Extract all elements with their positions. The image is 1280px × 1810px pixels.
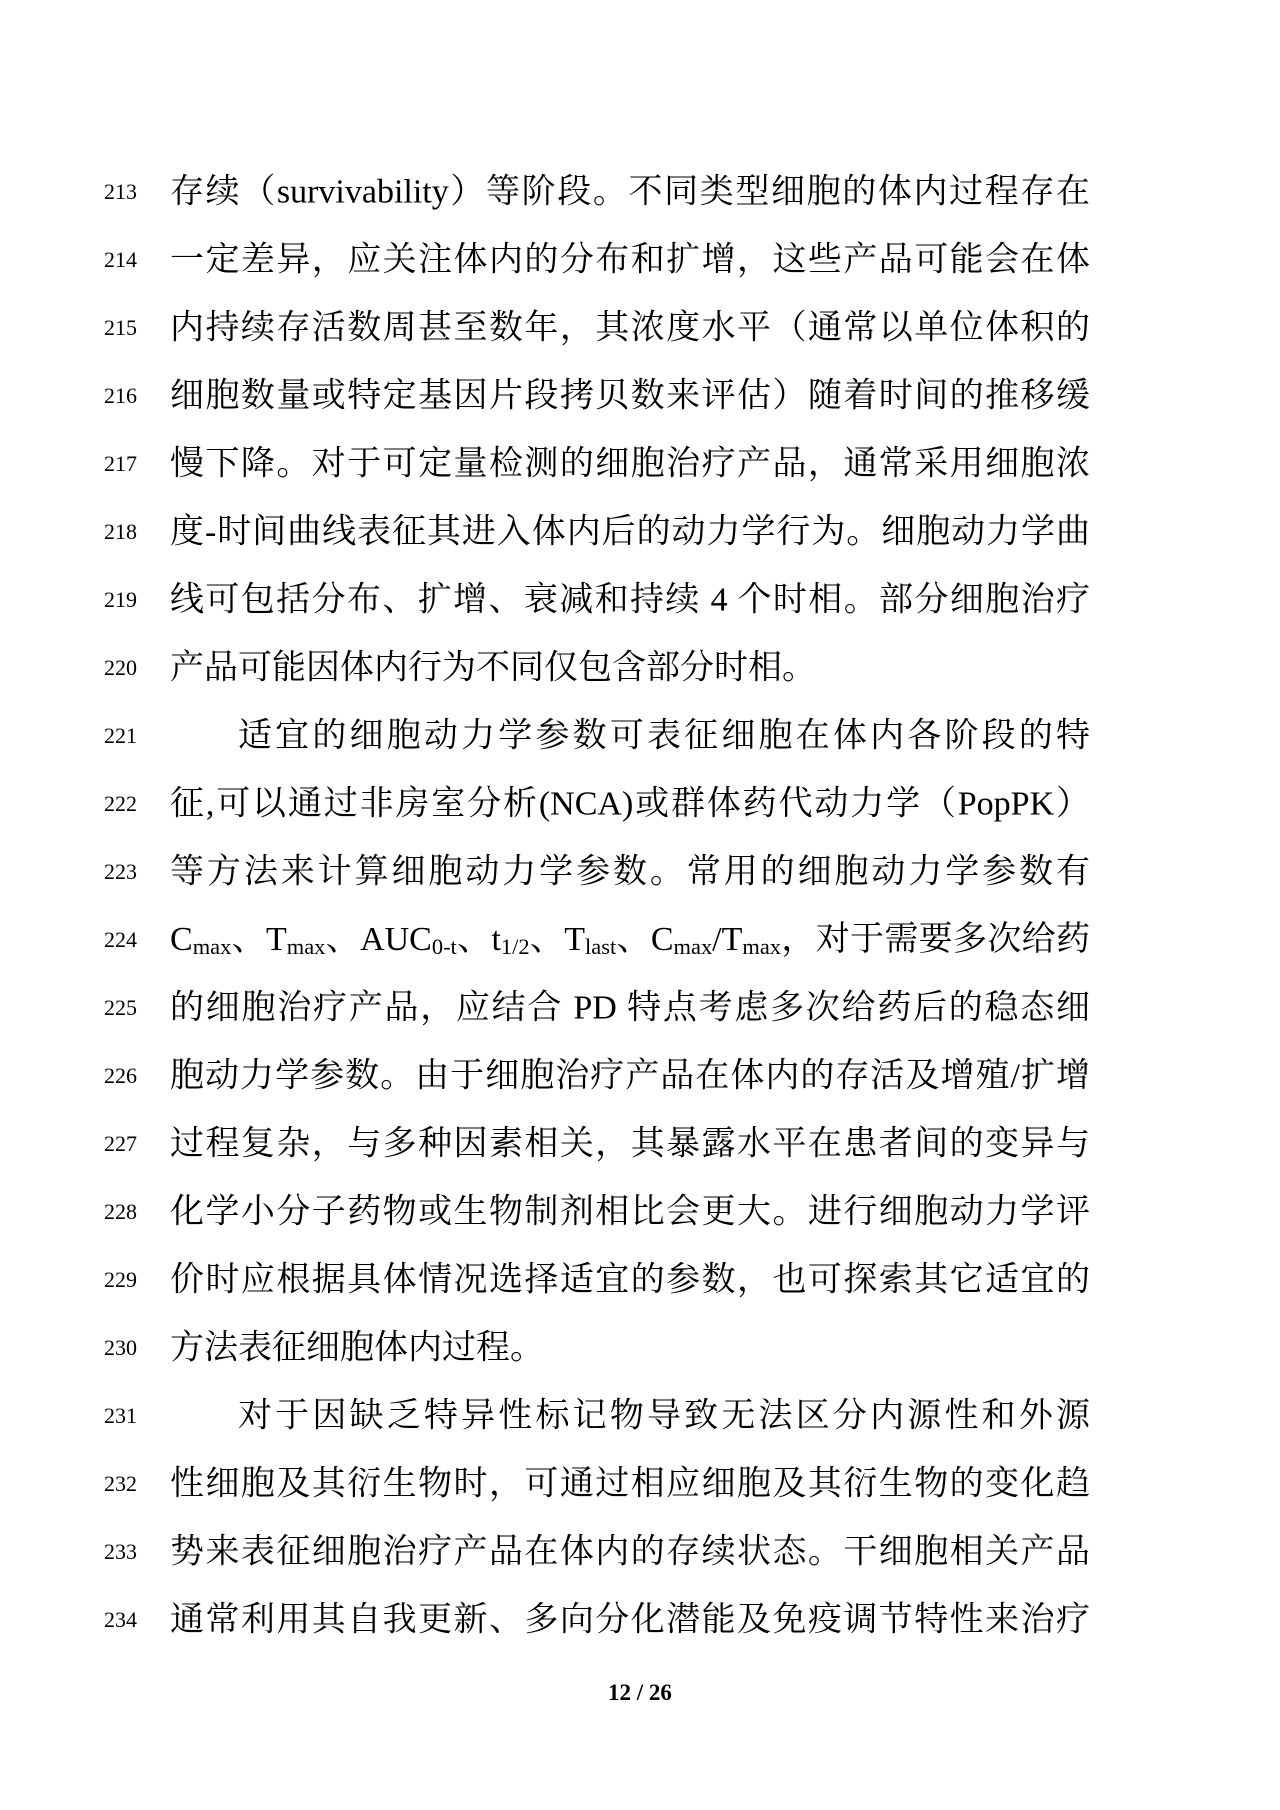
document-line: 230方法表征细胞体内过程。 — [0, 1314, 1280, 1382]
line-number: 213 — [104, 181, 137, 203]
subscript-text: max — [674, 934, 713, 959]
document-line: 228化学小分子药物或生物制剂相比会更大。进行细胞动力学评 — [0, 1178, 1280, 1246]
line-number: 215 — [104, 317, 137, 339]
subscript-text: 0-t — [432, 934, 457, 959]
line-text: 度-时间曲线表征其进入体内后的动力学行为。细胞动力学曲 — [170, 512, 1090, 551]
line-text: 价时应根据具体情况选择适宜的参数，也可探索其它适宜的 — [170, 1260, 1090, 1299]
document-line: 233势来表征细胞治疗产品在体内的存续状态。干细胞相关产品 — [0, 1518, 1280, 1586]
line-text: 过程复杂，与多种因素相关，其暴露水平在患者间的变异与 — [170, 1124, 1090, 1163]
line-number: 227 — [104, 1133, 137, 1155]
subscript-text: max — [193, 934, 232, 959]
document-line: 223等方法来计算细胞动力学参数。常用的细胞动力学参数有 — [0, 838, 1280, 906]
document-line: 227过程复杂，与多种因素相关，其暴露水平在患者间的变异与 — [0, 1110, 1280, 1178]
line-number: 224 — [104, 929, 137, 951]
line-text: 等方法来计算细胞动力学参数。常用的细胞动力学参数有 — [170, 852, 1090, 891]
subscript-text: max — [287, 934, 326, 959]
page-number: 12 / 26 — [0, 1680, 1280, 1706]
subscript-text: last — [585, 934, 616, 959]
line-text: 的细胞治疗产品，应结合 PD 特点考虑多次给药后的稳态细 — [170, 988, 1090, 1027]
line-number: 217 — [104, 453, 137, 475]
line-number: 221 — [104, 725, 137, 747]
text-segment: C — [170, 921, 193, 958]
document-line: 214一定差异，应关注体内的分布和扩增，这些产品可能会在体 — [0, 226, 1280, 294]
line-text: Cmax、Tmax、AUC0-t、t1/2、Tlast、Cmax/Tmax，对于… — [170, 920, 1090, 960]
text-segment: ，对于需要多次给药 — [781, 921, 1090, 958]
line-number: 223 — [104, 861, 137, 883]
line-text: 慢下降。对于可定量检测的细胞治疗产品，通常采用细胞浓 — [170, 444, 1090, 483]
line-number: 219 — [104, 589, 137, 611]
line-text: 产品可能因体内行为不同仅包含部分时相。 — [170, 648, 1090, 687]
text-segment: 、T — [231, 921, 286, 958]
line-number: 220 — [104, 657, 137, 679]
line-text: 势来表征细胞治疗产品在体内的存续状态。干细胞相关产品 — [170, 1532, 1090, 1571]
document-line: 216细胞数量或特定基因片段拷贝数来评估）随着时间的推移缓 — [0, 362, 1280, 430]
line-text: 线可包括分布、扩增、衰减和持续 4 个时相。部分细胞治疗 — [170, 580, 1090, 619]
document-line: 215内持续存活数周甚至数年，其浓度水平（通常以单位体积的 — [0, 294, 1280, 362]
line-number: 233 — [104, 1541, 137, 1563]
line-number: 216 — [104, 385, 137, 407]
line-text: 存续（survivability）等阶段。不同类型细胞的体内过程存在 — [170, 172, 1090, 211]
document-line: 222征,可以通过非房室分析(NCA)或群体药代动力学（PopPK） — [0, 770, 1280, 838]
line-text: 通常利用其自我更新、多向分化潜能及免疫调节特性来治疗 — [170, 1600, 1090, 1639]
line-number: 234 — [104, 1609, 137, 1631]
document-line: 229价时应根据具体情况选择适宜的参数，也可探索其它适宜的 — [0, 1246, 1280, 1314]
document-line: 232性细胞及其衍生物时，可通过相应细胞及其衍生物的变化趋 — [0, 1450, 1280, 1518]
text-segment: 、t — [457, 921, 501, 958]
document-page: 213存续（survivability）等阶段。不同类型细胞的体内过程存在214… — [0, 0, 1280, 1810]
document-line: 213存续（survivability）等阶段。不同类型细胞的体内过程存在 — [0, 158, 1280, 226]
text-segment: 、T — [530, 921, 585, 958]
line-number: 214 — [104, 249, 137, 271]
subscript-text: 1/2 — [501, 934, 530, 959]
line-text: 性细胞及其衍生物时，可通过相应细胞及其衍生物的变化趋 — [170, 1464, 1090, 1503]
line-text: 细胞数量或特定基因片段拷贝数来评估）随着时间的推移缓 — [170, 376, 1090, 415]
line-text: 方法表征细胞体内过程。 — [170, 1328, 1090, 1367]
line-text: 内持续存活数周甚至数年，其浓度水平（通常以单位体积的 — [170, 308, 1090, 347]
line-number: 230 — [104, 1337, 137, 1359]
line-text: 胞动力学参数。由于细胞治疗产品在体内的存活及增殖/扩增 — [170, 1056, 1090, 1095]
document-line: 218度-时间曲线表征其进入体内后的动力学行为。细胞动力学曲 — [0, 498, 1280, 566]
line-number: 226 — [104, 1065, 137, 1087]
subscript-text: max — [742, 934, 781, 959]
document-line: 221适宜的细胞动力学参数可表征细胞在体内各阶段的特 — [0, 702, 1280, 770]
document-line: 231对于因缺乏特异性标记物导致无法区分内源性和外源 — [0, 1382, 1280, 1450]
line-number: 232 — [104, 1473, 137, 1495]
document-line: 225的细胞治疗产品，应结合 PD 特点考虑多次给药后的稳态细 — [0, 974, 1280, 1042]
document-line: 226胞动力学参数。由于细胞治疗产品在体内的存活及增殖/扩增 — [0, 1042, 1280, 1110]
line-text: 一定差异，应关注体内的分布和扩增，这些产品可能会在体 — [170, 240, 1090, 279]
line-number: 229 — [104, 1269, 137, 1291]
line-text: 征,可以通过非房室分析(NCA)或群体药代动力学（PopPK） — [170, 784, 1090, 823]
text-segment: /T — [712, 921, 742, 958]
line-number: 222 — [104, 793, 137, 815]
document-line: 234通常利用其自我更新、多向分化潜能及免疫调节特性来治疗 — [0, 1586, 1280, 1654]
text-segment: 、AUC — [325, 921, 431, 958]
line-text: 对于因缺乏特异性标记物导致无法区分内源性和外源 — [170, 1396, 1090, 1435]
line-text: 适宜的细胞动力学参数可表征细胞在体内各阶段的特 — [170, 716, 1090, 755]
line-number: 218 — [104, 521, 137, 543]
document-line: 224Cmax、Tmax、AUC0-t、t1/2、Tlast、Cmax/Tmax… — [0, 906, 1280, 974]
line-number: 231 — [104, 1405, 137, 1427]
document-body: 213存续（survivability）等阶段。不同类型细胞的体内过程存在214… — [0, 158, 1280, 1654]
text-segment: 、C — [616, 921, 673, 958]
document-line: 219线可包括分布、扩增、衰减和持续 4 个时相。部分细胞治疗 — [0, 566, 1280, 634]
line-number: 228 — [104, 1201, 137, 1223]
document-line: 220产品可能因体内行为不同仅包含部分时相。 — [0, 634, 1280, 702]
line-number: 225 — [104, 997, 137, 1019]
line-text: 化学小分子药物或生物制剂相比会更大。进行细胞动力学评 — [170, 1192, 1090, 1231]
document-line: 217慢下降。对于可定量检测的细胞治疗产品，通常采用细胞浓 — [0, 430, 1280, 498]
